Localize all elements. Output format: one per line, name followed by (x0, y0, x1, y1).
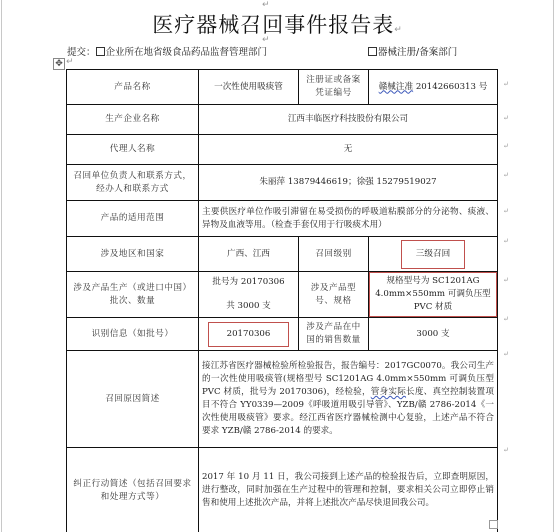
row-end-mark-icon: ↵ (503, 171, 509, 179)
recall-report-table: 产品名称 一次性使用吸痰管 注册证或备案凭证编号 赣械注准 2014266031… (66, 69, 498, 532)
region-label: 涉及地区和国家 (67, 237, 199, 272)
row-end-mark-icon: ↵ (503, 80, 509, 88)
reason-label: 召回原因简述 (67, 351, 199, 448)
model-cell[interactable]: 规格型号为 SC1201AG 4.0mm×550mm 可调负压型 PVC 材质 (369, 272, 498, 318)
batch-quantity: 共 3000 支 (202, 300, 295, 313)
agent-value[interactable]: 无 (199, 135, 498, 165)
table-row: 纠正行动简述（包括召回要求和处理方式等） 2017 年 10 月 11 日，我公… (67, 448, 498, 532)
id-cell[interactable]: 20170306 (199, 318, 299, 351)
row-end-mark-icon: ↵ (503, 446, 509, 454)
agent-label: 代理人名称 (67, 135, 199, 165)
table-row: 识别信息（如批号） 20170306 涉及产品在中国的销售数量 3000 支 (67, 318, 498, 351)
recall-level-label: 召回级别 (299, 237, 369, 272)
reg-cert-prefix: 赣械注准 (379, 82, 413, 92)
table-row: 涉及产品生产（或进口中国）批次、数量 批号为 20170306共 3000 支 … (67, 272, 498, 318)
id-value: 20170306 (208, 322, 290, 347)
row-end-mark-icon: ↵ (503, 142, 509, 150)
product-name-value[interactable]: 一次性使用吸痰管 (199, 70, 299, 105)
recall-level-value: 三级召回 (401, 240, 465, 269)
reg-cert-value[interactable]: 赣械注准 20142660313 号 (369, 70, 498, 105)
model-value: 规格型号为 SC1201AG 4.0mm×550mm 可调负压型 PVC 材质 (369, 272, 497, 317)
document-title: 医疗器械召回事件报告表↵ (0, 9, 555, 39)
table-move-handle-icon[interactable]: ✥ (53, 58, 65, 70)
reason-value[interactable]: 接江苏省医疗器械检验所检验报告，报告编号：2017GC0070。我公司生产的一次… (199, 351, 498, 448)
table-row: 产品名称 一次性使用吸痰管 注册证或备案凭证编号 赣械注准 2014266031… (67, 70, 498, 105)
model-label: 涉及产品型号、规格 (299, 272, 369, 318)
batch-cell[interactable]: 批号为 20170306共 3000 支 (199, 272, 299, 318)
submit-option-provincial: 企业所在地省级食品药品监督管理部门 (106, 47, 268, 58)
title-text: 医疗器械召回事件报告表 (152, 13, 394, 37)
reg-cert-number: 20142660313 号 (413, 82, 487, 92)
row-end-mark-icon: ↵ (503, 237, 509, 245)
submit-options: 提交：企业所在地省级食品药品监督管理部门 器械注册/备案部门 (67, 44, 497, 58)
checkbox-registration[interactable] (368, 47, 377, 56)
row-end-mark-icon: ↵ (503, 276, 509, 284)
submit-option-registration-group: 器械注册/备案部门 (368, 44, 457, 58)
contact-label: 召回单位负责人和联系方式，经办人和联系方式 (67, 165, 199, 201)
region-value[interactable]: 广西、江西 (199, 237, 299, 272)
product-name-label: 产品名称 (67, 70, 199, 105)
row-end-mark-icon: ↵ (503, 315, 509, 323)
action-label: 纠正行动简述（包括召回要求和处理方式等） (67, 448, 199, 532)
table-row: 生产企业名称 江西丰临医疗科技股份有限公司 (67, 105, 498, 135)
paragraph-mark-icon: ↵ (394, 25, 403, 35)
reason-text-flagged: 管身实际 (371, 387, 406, 397)
batch-number: 批号为 20170306 (202, 276, 295, 289)
table-row: 涉及地区和国家 广西、江西 召回级别 三级召回 (67, 237, 498, 272)
row-end-mark-icon: ↵ (503, 350, 509, 358)
row-end-mark-icon: ↵ (503, 207, 509, 215)
table-row: 召回原因简述 接江苏省医疗器械检验所检验报告，报告编号：2017GC0070。我… (67, 351, 498, 448)
contact-value[interactable]: 朱丽萍 13879446619；徐强 15279519027 (199, 165, 498, 201)
table-row: 召回单位负责人和联系方式，经办人和联系方式 朱丽萍 13879446619；徐强… (67, 165, 498, 201)
checkbox-provincial[interactable] (96, 47, 105, 56)
recall-level-cell[interactable]: 三级召回 (369, 237, 498, 272)
manufacturer-value[interactable]: 江西丰临医疗科技股份有限公司 (199, 105, 498, 135)
submit-option-registration: 器械注册/备案部门 (378, 47, 457, 58)
sales-label: 涉及产品在中国的销售数量 (299, 318, 369, 351)
page-edge-left (1, 0, 2, 532)
paragraph-mark-icon: ↵ (66, 57, 74, 67)
table-row: 代理人名称 无 (67, 135, 498, 165)
batch-label: 涉及产品生产（或进口中国）批次、数量 (67, 272, 199, 318)
id-label: 识别信息（如批号） (67, 318, 199, 351)
page-edge-right (553, 0, 554, 532)
action-value[interactable]: 2017 年 10 月 11 日，我公司接到上述产品的检验报告后，立即查明原因，… (199, 448, 498, 532)
reg-cert-label: 注册证或备案凭证编号 (299, 70, 369, 105)
manufacturer-label: 生产企业名称 (67, 105, 199, 135)
table-row: 产品的适用范围 主要供医疗单位作吸引滞留在易受损伤的呼吸道粘膜部分的分泌物、痰液… (67, 201, 498, 237)
scope-value[interactable]: 主要供医疗单位作吸引滞留在易受损伤的呼吸道粘膜部分的分泌物、痰液、异物及血液等用… (199, 201, 498, 237)
sales-value[interactable]: 3000 支 (369, 318, 498, 351)
row-end-mark-icon: ↵ (503, 114, 509, 122)
scope-label: 产品的适用范围 (67, 201, 199, 237)
table-resize-handle-icon[interactable] (489, 520, 498, 529)
